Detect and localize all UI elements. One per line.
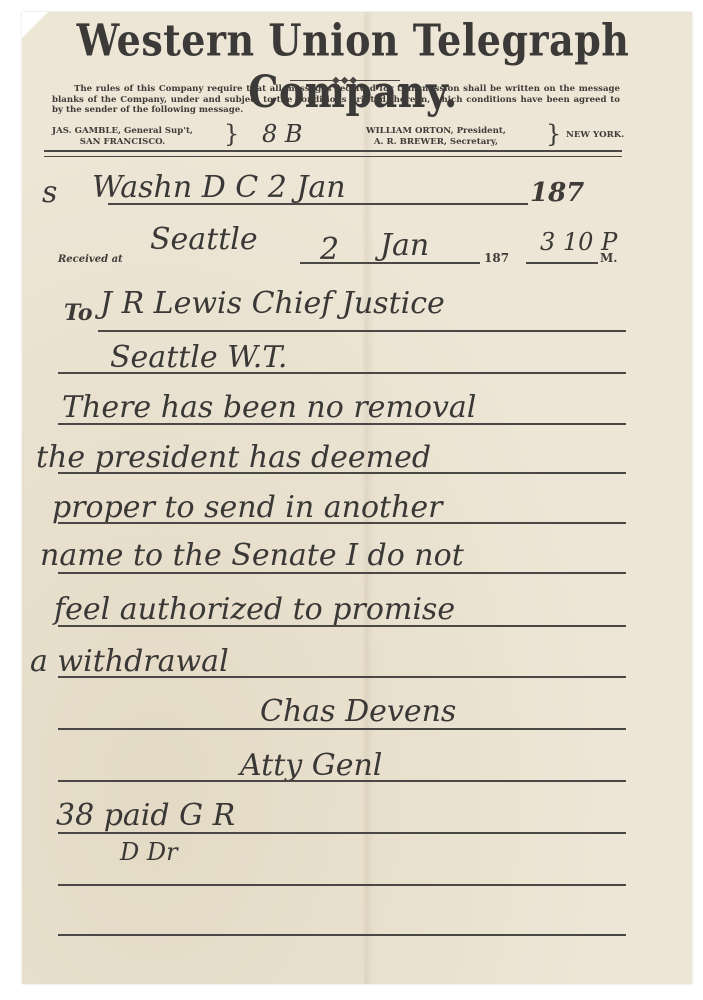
- office-note-line-2: D Dr: [120, 838, 178, 866]
- message-line-5: feel authorized to promise: [54, 592, 455, 627]
- office-note-line-1: 38 paid G R: [56, 798, 235, 833]
- message-line-4: name to the Senate I do not: [40, 538, 464, 573]
- message-rule-3: [58, 522, 626, 524]
- received-time-line: [526, 262, 598, 264]
- addressee-line-1: J R Lewis Chief Justice: [100, 286, 445, 321]
- note-rule-3: [58, 934, 626, 936]
- message-line-6: a withdrawal: [30, 644, 229, 679]
- origin-place-date: Washn D C 2 Jan: [92, 170, 346, 205]
- officer-east: WILLIAM ORTON, President, A. R. BREWER, …: [366, 126, 506, 148]
- addressee-line-1-rule: [98, 330, 626, 332]
- note-rule-2: [58, 884, 626, 886]
- officer-west-city: SAN FRANCISCO.: [52, 137, 193, 148]
- origin-line: [108, 203, 528, 205]
- message-rule-2: [58, 472, 626, 474]
- rules-text: The rules of this Company require that a…: [52, 84, 620, 115]
- received-month: Jan: [380, 228, 429, 263]
- header-rule-1: [44, 150, 622, 152]
- received-date-line: [300, 262, 480, 264]
- torn-corner: [22, 12, 48, 38]
- officer-west-name: JAS. GAMBLE, General Sup't,: [52, 126, 193, 137]
- brace-right: }: [546, 122, 561, 146]
- origin-year: 187: [530, 178, 584, 208]
- received-year: 187: [484, 251, 509, 265]
- check-mark: 8 B: [262, 120, 303, 148]
- signature-title: Atty Genl: [240, 748, 382, 783]
- officer-west: JAS. GAMBLE, General Sup't, SAN FRANCISC…: [52, 126, 193, 148]
- rules-paragraph: The rules of this Company require that a…: [52, 84, 620, 116]
- signature-title-rule: [58, 780, 626, 782]
- meridiem-label: M.: [600, 251, 617, 265]
- note-rule-1: [58, 832, 626, 834]
- brace-left: }: [224, 122, 239, 146]
- origin-prefix: s: [42, 175, 57, 210]
- message-line-3: proper to send in another: [52, 490, 443, 525]
- signature-rule: [58, 728, 626, 730]
- received-place: Seattle: [150, 222, 258, 257]
- officer-east-president: WILLIAM ORTON, President,: [366, 126, 506, 137]
- message-line-1: There has been no removal: [62, 390, 476, 425]
- to-label: To: [64, 300, 93, 326]
- message-rule-4: [58, 572, 626, 574]
- message-rule-5: [58, 625, 626, 627]
- message-line-2: the president has deemed: [36, 440, 431, 475]
- message-rule-6: [58, 676, 626, 678]
- signature: Chas Devens: [260, 694, 456, 729]
- officer-east-city: NEW YORK.: [566, 130, 624, 140]
- officer-east-secretary: A. R. BREWER, Secretary,: [366, 137, 506, 148]
- addressee-line-2: Seattle W.T.: [110, 340, 287, 375]
- addressee-line-2-rule: [58, 372, 626, 374]
- message-rule-1: [58, 423, 626, 425]
- header-rule-2: [44, 156, 622, 157]
- received-at-label: Received at: [58, 254, 123, 265]
